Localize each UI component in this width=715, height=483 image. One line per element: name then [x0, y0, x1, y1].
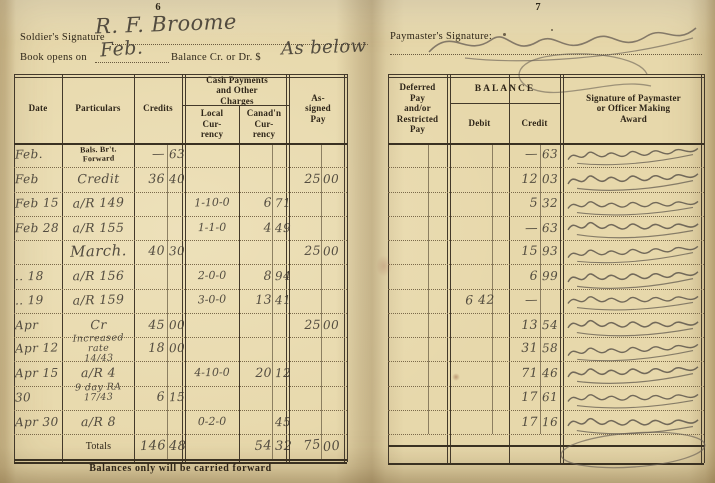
cell-canadn-d: 8 — [236, 264, 272, 288]
cell-credits-d: — — [128, 141, 166, 166]
cell-particulars: a/R 8 — [63, 409, 134, 434]
table-row: —63 — [388, 143, 704, 168]
cell-credit-d: 13 — [507, 313, 538, 337]
totals-credits-dollars: 146 — [118, 433, 167, 460]
table-row: Apr 12Increased rate 14/431800 — [14, 337, 347, 362]
carried-forward-note: Balances only will be carried forward — [14, 463, 347, 474]
cell-credits-c: 30 — [169, 239, 186, 263]
cell-credits-c: 15 — [169, 384, 186, 408]
totals-assigned-cents: 00 — [322, 433, 348, 460]
table-row: .. 19a/R 1593-0-01341 — [14, 289, 347, 314]
cell-credits-d: 36 — [128, 167, 165, 191]
header-local-currency: Local Cur- rency — [185, 105, 239, 143]
header-cash-payments-group: Cash Payments and Other Charges — [185, 76, 289, 105]
grid-line — [704, 74, 705, 463]
paper-stain — [452, 373, 460, 381]
table-row: 3158 — [388, 337, 704, 362]
grid-line — [450, 103, 560, 104]
cell-local: 1-10-0 — [186, 190, 239, 215]
cell-local: 4-10-0 — [186, 361, 238, 386]
cell-date: Apr — [15, 313, 61, 337]
cell-credit-d: — — [507, 216, 538, 240]
header-assigned-pay: As- signed Pay — [289, 74, 347, 143]
header-particulars: Particulars — [62, 74, 134, 143]
header-date: Date — [14, 74, 62, 143]
cell-assigned-c: 00 — [323, 239, 347, 264]
cell-credit-d: — — [507, 287, 539, 312]
table-row: .. 18a/R 1562-0-0894 — [14, 264, 347, 289]
cell-canadn-d: 20 — [236, 361, 272, 385]
cell-local: 1-1-0 — [186, 215, 238, 240]
paymaster-signature-scrawl — [565, 386, 702, 411]
cell-credit-d: 15 — [507, 239, 539, 264]
header-signature-award: Signature of Paymaster or Officer Making… — [563, 74, 704, 143]
cell-credit-c: 63 — [542, 142, 560, 166]
paymaster-signature-scrawl — [565, 359, 702, 387]
cell-credits-c: 00 — [169, 313, 185, 337]
header-canadn-currency: Canad'n Cur- rency — [239, 105, 289, 143]
table-row: 532 — [388, 192, 704, 217]
cell-credits-c: 40 — [169, 167, 185, 191]
cell-date: Apr 12 — [15, 335, 62, 360]
table-row: March.40302500 — [14, 240, 347, 265]
cell-credits-d: 40 — [128, 238, 166, 263]
cell-particulars: Credit — [63, 167, 134, 192]
header-deferred-pay: Deferred Pay and/or Restricted Pay — [388, 74, 447, 143]
cell-canadn-d: 4 — [236, 216, 272, 240]
cell-credit-c: 93 — [542, 239, 560, 263]
soldier-signature-value: R. F. Broome — [95, 10, 237, 39]
totals-credits-cents: 48 — [169, 434, 189, 459]
cell-particulars: Bals. Br't. Forward — [63, 141, 135, 167]
cell-date: Feb 15 — [15, 190, 62, 215]
table-row: FebCredit36402500 — [14, 167, 347, 192]
paper-stain — [376, 255, 392, 277]
left-table: Date Particulars Credits Cash Payments a… — [14, 74, 347, 466]
cell-assigned-c: 00 — [323, 167, 346, 191]
paybook-photo: 6 Soldier's Signature R. F. Broome Book … — [0, 0, 715, 483]
cell-canadn-c: 45 — [275, 410, 289, 434]
cell-date: 30 — [15, 384, 62, 409]
cell-credits-d: 18 — [128, 335, 166, 360]
cell-credit-c: 63 — [542, 216, 559, 240]
table-row: Feb.Bals. Br't. Forward—63 — [14, 143, 347, 168]
cell-date: Feb. — [15, 141, 62, 166]
cell-date: Apr 15 — [15, 361, 61, 385]
cell-canadn-c: 71 — [275, 190, 290, 214]
cell-credit-c: 61 — [542, 384, 560, 408]
table-row: 1761 — [388, 386, 704, 411]
book-opens-label: Book opens on — [20, 52, 87, 63]
cell-credit-c: 54 — [542, 313, 559, 337]
cell-date: Feb 28 — [15, 216, 61, 240]
cell-credits-c: 63 — [169, 142, 186, 166]
table-row: Feb 28a/R 1551-1-0449 — [14, 216, 347, 241]
cell-particulars: a/R 159 — [63, 287, 135, 313]
book-opens-value: Feb. — [99, 37, 144, 62]
cell-credit-d: — — [507, 142, 539, 167]
cell-local: 2-0-0 — [186, 264, 238, 289]
grid-line — [14, 74, 347, 75]
soldier-signature-label: Soldier's Signature — [20, 32, 105, 43]
signature-flourish-oval — [555, 425, 710, 475]
cell-credit-c: 46 — [542, 361, 559, 385]
cell-credit-d: 17 — [507, 384, 539, 409]
cell-debit: 6 42 — [452, 287, 509, 313]
cell-particulars: a/R 149 — [63, 190, 135, 216]
cell-canadn-c: 41 — [275, 287, 290, 311]
cell-particulars: a/R 156 — [63, 264, 134, 289]
cell-credit-d: 31 — [507, 336, 539, 361]
cell-credit-c: 03 — [542, 167, 559, 191]
cell-date: .. 18 — [15, 264, 61, 288]
header-credit: Credit — [509, 103, 560, 143]
cell-canadn-c: 49 — [275, 216, 289, 240]
table-row: 6 42— — [388, 289, 704, 314]
paymaster-signature-scrawl — [565, 141, 703, 168]
paymaster-signature-scrawl — [565, 213, 703, 243]
cell-credit-d: 71 — [507, 361, 538, 385]
table-row: Apr 30a/R 80-2-045 — [14, 410, 347, 435]
paymaster-signature-scrawl — [565, 239, 703, 266]
cell-canadn-c: 12 — [275, 361, 289, 385]
cell-particulars: Increased rate 14/43 — [63, 331, 135, 359]
cell-local: 3-0-0 — [186, 287, 239, 312]
grid-line — [388, 74, 704, 75]
header-balance-group: BALANCE — [450, 76, 560, 103]
table-row: Feb 15a/R 1491-10-0671 — [14, 192, 347, 217]
grid-line — [182, 105, 289, 106]
cell-local: 0-2-0 — [186, 409, 238, 434]
table-row: 1593 — [388, 240, 704, 265]
page-number-right: 7 — [528, 2, 548, 13]
cell-credit-c: 32 — [542, 190, 560, 214]
cell-assigned-d: 25 — [287, 167, 321, 191]
balance-cr-dr-label: Balance Cr. or Dr. $ — [171, 52, 261, 63]
cell-assigned-c: 00 — [323, 313, 346, 337]
cell-particulars: a/R 155 — [63, 215, 134, 240]
table-row: 1203 — [388, 167, 704, 192]
table-row: 7146 — [388, 361, 704, 386]
totals-canadn-dollars: 54 — [234, 433, 273, 459]
cell-credits-c: 00 — [169, 336, 186, 360]
cell-credit-d: 5 — [507, 190, 539, 215]
ink-speck — [551, 29, 553, 31]
cell-credit-d: 12 — [507, 167, 538, 191]
cell-canadn-d: 13 — [236, 287, 273, 312]
ink-speck — [503, 33, 506, 36]
cell-credits-d: 6 — [128, 384, 166, 409]
cell-credit-d: 17 — [507, 410, 538, 434]
cell-date: .. 19 — [15, 287, 62, 312]
grid-line — [347, 74, 348, 462]
cell-particulars: March. — [63, 238, 135, 264]
table-row: 309 day RA 17/43615 — [14, 386, 347, 411]
paymaster-signature-scrawl — [565, 288, 702, 313]
totals-assigned-dollars: 75 — [284, 432, 322, 461]
cell-credit-c: 58 — [542, 336, 560, 360]
cell-assigned-d: 25 — [287, 239, 322, 264]
header-credits: Credits — [134, 74, 182, 143]
cell-canadn-d: 6 — [236, 190, 273, 215]
cell-date: Apr 30 — [15, 410, 61, 434]
cell-particulars: 9 day RA 17/43 — [63, 380, 135, 408]
header-debit: Debit — [450, 103, 509, 143]
cell-credit-c: 99 — [542, 264, 559, 288]
cell-assigned-d: 25 — [287, 313, 321, 337]
paymaster-signature-scrawl — [565, 166, 702, 194]
cell-canadn-c: 94 — [275, 264, 289, 288]
grid-line — [388, 77, 704, 78]
table-row: —63 — [388, 216, 704, 241]
grid-line — [14, 77, 347, 78]
cell-credit-d: 6 — [507, 264, 538, 288]
balance-cr-dr-value: As below — [281, 36, 367, 60]
right-table: Deferred Pay and/or Restricted Pay BALAN… — [388, 74, 704, 463]
table-row: 699 — [388, 264, 704, 289]
cell-date: Feb — [15, 167, 61, 191]
table-row: 1354 — [388, 313, 704, 338]
